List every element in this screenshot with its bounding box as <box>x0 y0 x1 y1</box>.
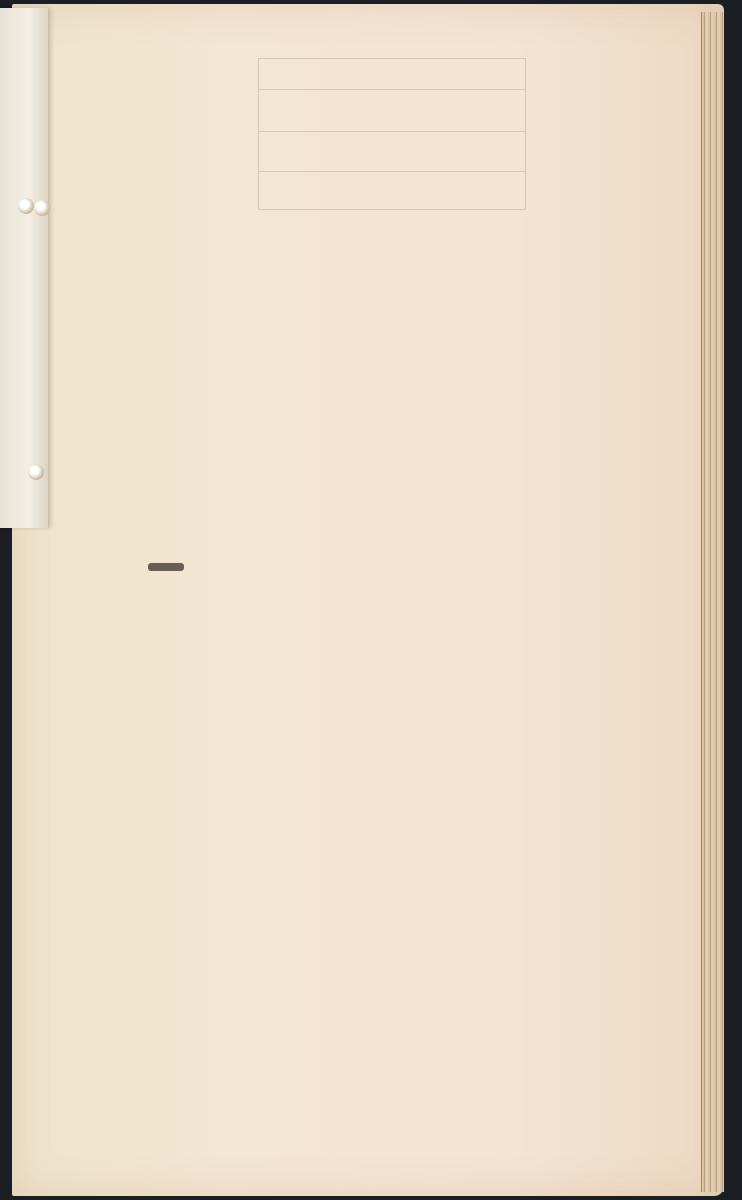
previous-leaf <box>0 8 49 528</box>
registry-stamp <box>258 58 526 210</box>
punch-hole <box>28 464 44 480</box>
punch-hole <box>18 198 34 214</box>
page-stack-edge <box>701 12 724 1192</box>
ink-blot <box>148 563 184 571</box>
punch-hole <box>34 200 50 216</box>
